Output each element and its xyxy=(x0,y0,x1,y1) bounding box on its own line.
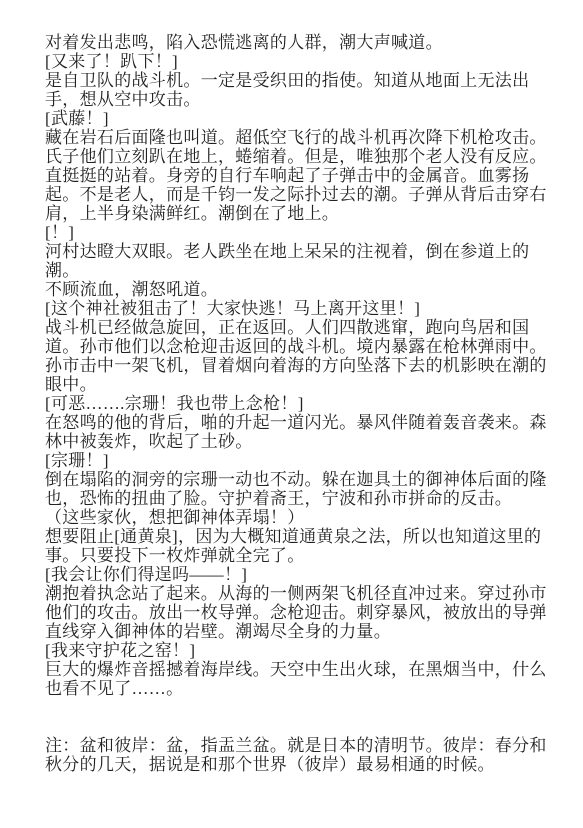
text-line: [这个神社被狙击了！大家快逃！马上离开这里！] xyxy=(45,299,565,318)
text-line: [可恶…….宗珊！我也带上念枪！] xyxy=(45,394,565,413)
text-line: [宗珊！] xyxy=(45,451,565,470)
blank-line xyxy=(45,717,565,736)
text-line: 直挺挺的站着。身旁的自行车响起了子弹击中的金属音。血雾扬 xyxy=(45,166,565,185)
text-line: 道。孙市他们以念枪迎击返回的战斗机。境内暴露在枪林弹雨中。 xyxy=(45,337,565,356)
text-line: [我来守护花之窑！] xyxy=(45,641,565,660)
text-line: 也，恐怖的扭曲了脸。守护着斋王，宁波和孙市拼命的反击。 xyxy=(45,489,565,508)
text-line: （这些家伙，想把御神体弄塌！） xyxy=(45,508,565,527)
text-line: 潮。 xyxy=(45,261,565,280)
text-line: [！] xyxy=(45,223,565,242)
blank-line xyxy=(45,698,565,717)
text-line: 秋分的几天，据说是和那个世界（彼岸）最易相通的时候。 xyxy=(45,755,565,774)
text-line: [武藤！] xyxy=(45,109,565,128)
text-line: 想要阻止[通黄泉]，因为大概知道通黄泉之法，所以也知道这里的 xyxy=(45,527,565,546)
text-line: 巨大的爆炸音摇撼着海岸线。天空中生出火球，在黑烟当中，什么 xyxy=(45,660,565,679)
text-line: 眼中。 xyxy=(45,375,565,394)
text-line: 事。只要投下一枚炸弹就全完了。 xyxy=(45,546,565,565)
text-line: 也看不见了……。 xyxy=(45,679,565,698)
text-line: 对着发出悲鸣，陷入恐慌逃离的人群，潮大声喊道。 xyxy=(45,33,565,52)
text-line: 氏子他们立刻趴在地上，蜷缩着。但是，唯独那个老人没有反应。 xyxy=(45,147,565,166)
document-page: 对着发出悲鸣，陷入恐慌逃离的人群，潮大声喊道。[又来了！趴下！]是自卫队的战斗机… xyxy=(0,0,583,828)
text-line: 藏在岩石后面隆也叫道。超低空飞行的战斗机再次降下机枪攻击。 xyxy=(45,128,565,147)
text-line: 在怒鸣的他的背后，啪的升起一道闪光。暴风伴随着轰音袭来。森 xyxy=(45,413,565,432)
text-line: 林中被轰炸，吹起了土砂。 xyxy=(45,432,565,451)
text-line: 肩，上半身染满鲜红。潮倒在了地上。 xyxy=(45,204,565,223)
text-line: 不顾流血，潮怒吼道。 xyxy=(45,280,565,299)
text-line: 他们的攻击。放出一枚导弹。念枪迎击。刺穿暴风，被放出的导弹 xyxy=(45,603,565,622)
text-line: 潮抱着执念站了起来。从海的一侧两架飞机径直冲过来。穿过孙市 xyxy=(45,584,565,603)
text-line: 直线穿入御神体的岩壁。潮竭尽全身的力量。 xyxy=(45,622,565,641)
text-line: 倒在塌陷的洞旁的宗珊一动也不动。躲在迦具土的御神体后面的隆 xyxy=(45,470,565,489)
text-line: 是自卫队的战斗机。一定是受织田的指使。知道从地面上无法出 xyxy=(45,71,565,90)
text-line: 手，想从空中攻击。 xyxy=(45,90,565,109)
text-line: 河村达瞪大双眼。老人跌坐在地上呆呆的注视着，倒在参道上的 xyxy=(45,242,565,261)
text-line: 战斗机已经做急旋回，正在返回。人们四散逃窜，跑向鸟居和国 xyxy=(45,318,565,337)
text-line: [我会让你们得逞吗——！] xyxy=(45,565,565,584)
novel-text: 对着发出悲鸣，陷入恐慌逃离的人群，潮大声喊道。[又来了！趴下！]是自卫队的战斗机… xyxy=(45,33,565,774)
text-line: 注：盆和彼岸：盆，指盂兰盆。就是日本的清明节。彼岸：春分和 xyxy=(45,736,565,755)
text-line: 孙市击中一架飞机，冒着烟向着海的方向坠落下去的机影映在潮的 xyxy=(45,356,565,375)
text-line: [又来了！趴下！] xyxy=(45,52,565,71)
text-line: 起。不是老人，而是千钧一发之际扑过去的潮。子弹从背后击穿右 xyxy=(45,185,565,204)
